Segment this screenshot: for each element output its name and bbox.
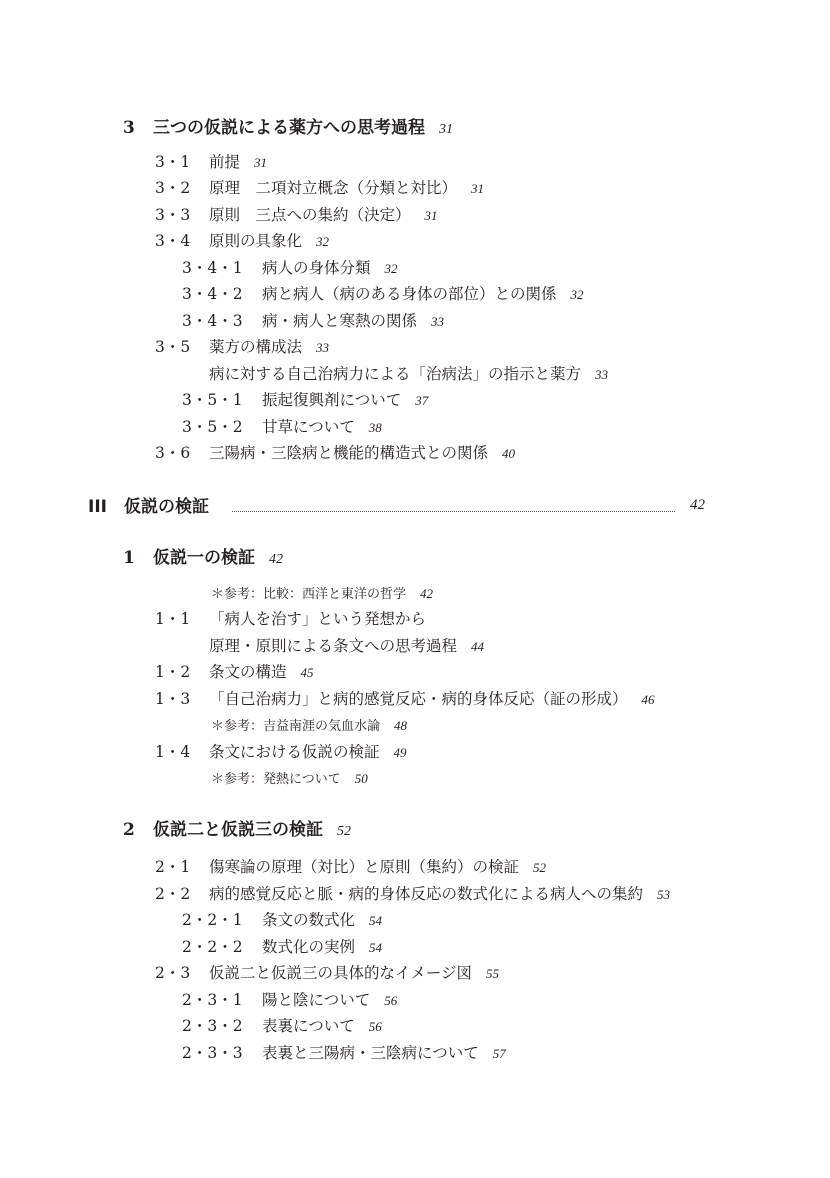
page-number: 53: [657, 887, 670, 902]
chapter-number: 1: [123, 548, 153, 568]
toc-entry[interactable]: 2・2病的感覚反応と脈・病的身体反応の数式化による病人への集約53: [155, 884, 670, 905]
page-number: 45: [301, 665, 314, 680]
page-number: 42: [420, 586, 433, 601]
page-number: 52: [533, 860, 546, 875]
toc-entry[interactable]: 3・2原理 二項対立概念（分類と対比）31: [155, 178, 484, 199]
page-number: 46: [642, 692, 655, 707]
toc-subentry[interactable]: 3・5・2甘草について38: [182, 417, 382, 438]
page-number: 54: [369, 940, 382, 955]
entry-title: 病に対する自己治病力による「治病法」の指示と薬方: [209, 364, 581, 384]
entry-title: 原則 三点への集約（決定）: [209, 205, 411, 225]
part-number: III: [88, 497, 124, 517]
page-number: 49: [394, 745, 407, 760]
toc-entry[interactable]: 2・3仮説二と仮説三の具体的なイメージ図55: [155, 963, 499, 984]
entry-title: 条文における仮説の検証: [209, 742, 380, 762]
toc-entry[interactable]: 2・1傷寒論の原理（対比）と原則（集約）の検証52: [155, 857, 546, 878]
toc-subentry[interactable]: 2・3・1陽と陰について56: [182, 990, 397, 1011]
page-number: 38: [369, 420, 382, 435]
entry-number: 2・3・2: [182, 1016, 262, 1036]
section-number: 3: [123, 118, 153, 138]
toc-subentry[interactable]: 2・3・3表裏と三陽病・三陰病について57: [182, 1043, 506, 1064]
page-number: 31: [425, 208, 438, 223]
toc-subentry[interactable]: 2・2・1条文の数式化54: [182, 910, 382, 931]
entry-title: 病人の身体分類: [262, 258, 371, 278]
toc-reference-note[interactable]: ＊参考：吉益南涯の気血水論48: [211, 716, 407, 737]
entry-number: 2・3・1: [182, 990, 262, 1010]
toc-entry[interactable]: 3・3原則 三点への集約（決定）31: [155, 205, 438, 226]
page-number: 40: [502, 446, 515, 461]
entry-number: 3・4・3: [182, 311, 262, 331]
entry-number: 2・2: [155, 884, 209, 904]
entry-title: 陽と陰について: [262, 990, 370, 1010]
toc-section-3[interactable]: 3三つの仮説による薬方への思考過程31: [123, 118, 453, 140]
entry-number: 3・2: [155, 178, 209, 198]
page-number: 31: [471, 181, 484, 196]
entry-title: 病的感覚反応と脈・病的身体反応の数式化による病人への集約: [209, 884, 643, 904]
toc-entry-continuation[interactable]: 原理・原則による条文への思考過程44: [209, 636, 484, 657]
toc-part-3[interactable]: III仮説の検証: [88, 497, 209, 517]
entry-title: 病・病人と寒熱の関係: [262, 311, 417, 331]
entry-title: 原則の具象化: [209, 231, 302, 251]
page-number: 42: [269, 552, 283, 567]
entry-title: 原理 二項対立概念（分類と対比）: [209, 178, 457, 198]
chapter-title: 仮説二と仮説三の検証: [153, 820, 323, 840]
toc-reference-note[interactable]: ＊参考：比較：西洋と東洋の哲学42: [211, 584, 433, 605]
entry-number: 1・1: [155, 609, 209, 629]
entry-number: 1・4: [155, 742, 209, 762]
toc-entry-continuation[interactable]: 病に対する自己治病力による「治病法」の指示と薬方33: [209, 364, 608, 385]
entry-number: 2・3: [155, 963, 209, 983]
page-number: 52: [337, 824, 351, 839]
toc-entry[interactable]: 1・3「自己治病力」と病的感覚反応・病的身体反応（証の形成）46: [155, 689, 655, 710]
toc-chapter-1[interactable]: 1仮説一の検証42: [123, 548, 283, 570]
toc-chapter-2[interactable]: 2仮説二と仮説三の検証52: [123, 820, 351, 842]
page-number: 48: [394, 718, 407, 733]
entry-title: 甘草について: [262, 417, 355, 437]
entry-title: 「病人を治す」という発想から: [209, 609, 426, 629]
page-number: 56: [384, 993, 397, 1008]
page-number: 44: [471, 639, 484, 654]
part-title: 仮説の検証: [124, 497, 209, 517]
entry-title: 傷寒論の原理（対比）と原則（集約）の検証: [209, 857, 519, 877]
dot-leader: [232, 511, 675, 512]
entry-number: 3・4・1: [182, 258, 262, 278]
page-number: 33: [595, 367, 608, 382]
entry-number: 3・4: [155, 231, 209, 251]
entry-title: ＊参考：比較：西洋と東洋の哲学: [211, 585, 406, 605]
toc-subentry[interactable]: 3・4・2病と病人（病のある身体の部位）との関係32: [182, 284, 584, 305]
page-number: 33: [431, 314, 444, 329]
entry-title: ＊参考：吉益南涯の気血水論: [211, 717, 380, 737]
entry-title: 表裏と三陽病・三陰病について: [262, 1043, 479, 1063]
page-number: 32: [385, 261, 398, 276]
toc-entry[interactable]: 3・6三陽病・三陰病と機能的構造式との関係40: [155, 443, 515, 464]
page-number: 37: [415, 393, 428, 408]
entry-title: 仮説二と仮説三の具体的なイメージ図: [209, 963, 472, 983]
toc-subentry[interactable]: 2・3・2表裏について56: [182, 1016, 382, 1037]
page-number: 31: [254, 155, 267, 170]
entry-number: 1・3: [155, 689, 209, 709]
toc-entry[interactable]: 1・2条文の構造45: [155, 662, 314, 683]
toc-subentry[interactable]: 3・4・3病・病人と寒熱の関係33: [182, 311, 444, 332]
page-number: 54: [369, 913, 382, 928]
entry-title: 条文の数式化: [262, 910, 355, 930]
entry-number: 3・3: [155, 205, 209, 225]
entry-title: ＊参考：発熱について: [211, 770, 341, 790]
entry-title: 前提: [209, 152, 240, 172]
entry-number: 2・2・2: [182, 937, 262, 957]
entry-title: 振起復興剤について: [262, 390, 401, 410]
section-title: 三つの仮説による薬方への思考過程: [153, 118, 425, 138]
page-number: 57: [493, 1046, 506, 1061]
entry-number: 1・2: [155, 662, 209, 682]
entry-number: 2・2・1: [182, 910, 262, 930]
entry-title: 三陽病・三陰病と機能的構造式との関係: [209, 443, 488, 463]
entry-number: 3・1: [155, 152, 209, 172]
entry-number: 3・4・2: [182, 284, 262, 304]
entry-title: 病と病人（病のある身体の部位）との関係: [262, 284, 557, 304]
toc-entry[interactable]: 1・1「病人を治す」という発想から: [155, 609, 426, 629]
toc-entry[interactable]: 3・1前提31: [155, 152, 267, 173]
entry-number: 3・5・1: [182, 390, 262, 410]
toc-entry[interactable]: 3・5薬方の構成法33: [155, 337, 329, 358]
toc-subentry[interactable]: 3・4・1病人の身体分類32: [182, 258, 398, 279]
toc-subentry[interactable]: 2・2・2数式化の実例54: [182, 937, 382, 958]
page-number: 55: [486, 966, 499, 981]
toc-entry[interactable]: 3・4原則の具象化32: [155, 231, 329, 252]
entry-title: 原理・原則による条文への思考過程: [209, 636, 457, 656]
chapter-number: 2: [123, 820, 153, 840]
entry-number: 2・1: [155, 857, 209, 877]
entry-number: 3・6: [155, 443, 209, 463]
page-number: 32: [316, 234, 329, 249]
entry-title: 数式化の実例: [262, 937, 355, 957]
entry-number: 3・5・2: [182, 417, 262, 437]
page-number: 31: [439, 122, 453, 137]
page-number: 33: [316, 340, 329, 355]
entry-title: 表裏について: [262, 1016, 355, 1036]
entry-title: 薬方の構成法: [209, 337, 302, 357]
toc-subentry[interactable]: 3・5・1振起復興剤について37: [182, 390, 428, 411]
entry-number: 3・5: [155, 337, 209, 357]
chapter-title: 仮説一の検証: [153, 548, 255, 568]
toc-entry[interactable]: 1・4条文における仮説の検証49: [155, 742, 407, 763]
entry-title: 条文の構造: [209, 662, 287, 682]
page-number: 32: [571, 287, 584, 302]
page-number: 50: [355, 771, 368, 786]
part-page-number: 42: [690, 497, 705, 514]
toc-reference-note[interactable]: ＊参考：発熱について50: [211, 769, 368, 790]
entry-title: 「自己治病力」と病的感覚反応・病的身体反応（証の形成）: [209, 689, 628, 709]
page-number: 56: [369, 1019, 382, 1034]
entry-number: 2・3・3: [182, 1043, 262, 1063]
